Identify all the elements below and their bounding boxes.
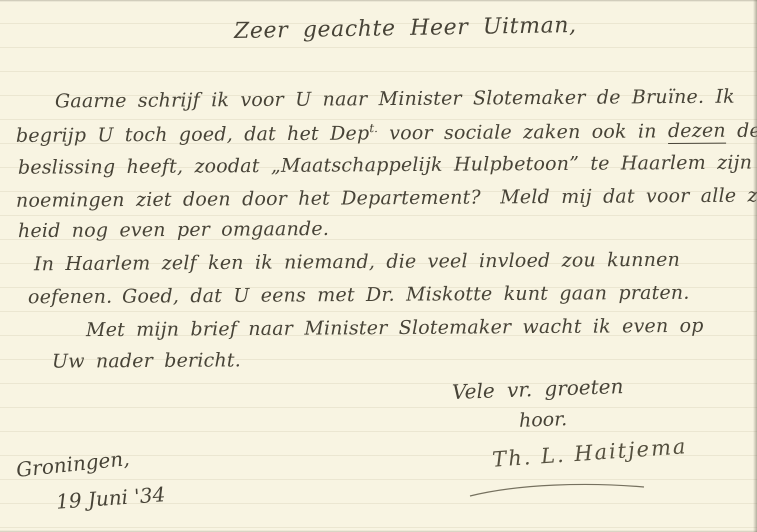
closing-word: hoor. — [519, 408, 568, 432]
body-line-5: heid nog even per omgaande. — [18, 218, 329, 242]
closing-greeting: Vele vr. groeten — [452, 374, 624, 404]
body-line-3: beslissing heeft, zoodat „Maatschappelij… — [18, 151, 757, 178]
body-line-8: Met mijn brief naar Minister Slotemaker … — [86, 315, 704, 341]
signature-flourish — [468, 478, 648, 502]
body-line-2-mid: voor sociale zaken ook in — [378, 120, 668, 144]
body-line-4: noemingen ziet doen door het Departement… — [16, 184, 757, 212]
body-line-2-superscript: t. — [369, 121, 378, 135]
body-line-2-underlined-word: dezen — [668, 120, 726, 144]
body-line-6: In Haarlem zelf ken ik niemand, die veel… — [34, 249, 680, 276]
body-line-9: Uw nader bericht. — [52, 349, 241, 372]
body-line-1: Gaarne schrijf ik voor U naar Minister S… — [55, 86, 735, 113]
date-line: 19 Juni '34 — [55, 482, 166, 514]
signature: Th. L. Haitjema — [491, 434, 688, 472]
letter-paper: Zeer geachte Heer Uitman, Gaarne schrijf… — [0, 0, 757, 532]
scan-edge-top — [0, 0, 757, 2]
scan-edge-right — [753, 0, 757, 532]
body-line-2-pre: begrijp U toch goed, dat het Dep — [16, 122, 369, 146]
body-line-2: begrijp U toch goed, dat het Dept. voor … — [16, 118, 757, 147]
place-line: Groningen, — [15, 446, 131, 482]
body-line-7: oefenen. Goed, dat U eens met Dr. Miskot… — [28, 282, 690, 309]
letter-salutation: Zeer geachte Heer Uitman, — [234, 13, 577, 44]
